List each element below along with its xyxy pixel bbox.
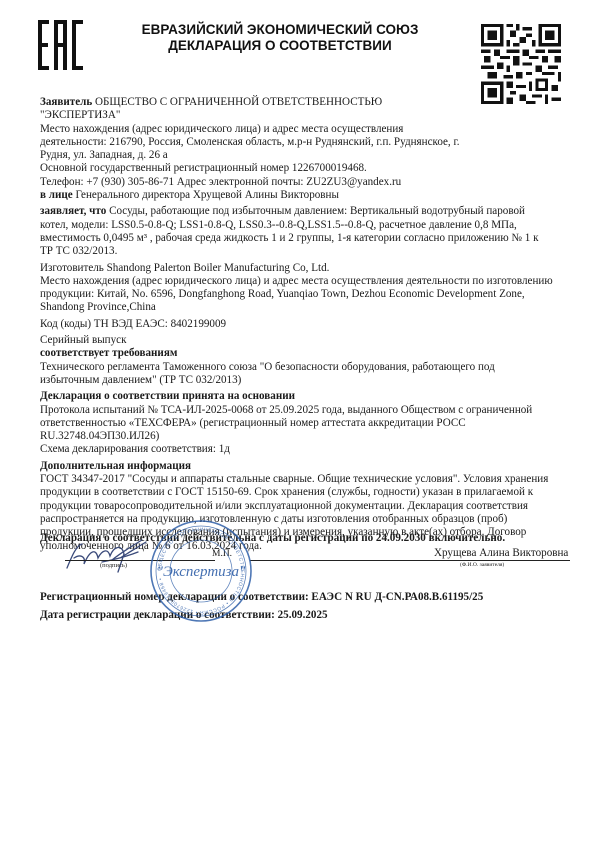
additional-line2: продукции в соответствии с ГОСТ 15150-69…: [40, 486, 570, 499]
fio-line: [250, 560, 570, 561]
signature-line: [65, 560, 215, 561]
declares-line1: заявляет, что Сосуды, работающие под изб…: [40, 205, 570, 218]
applicant-representative: в лице Генерального директора Хрущевой А…: [40, 189, 570, 202]
declares-line4: ТР ТС 032/2013.: [40, 245, 570, 258]
applicant-contacts: Телефон: +7 (930) 305-86-71 Адрес электр…: [40, 176, 570, 189]
declares-line3: вместимость 0,0495 м³ , рабочая среда жи…: [40, 232, 570, 245]
handwritten-signature-icon: [62, 536, 152, 576]
manufacturer-address-line2: продукции: Китай, No. 6596, Dongfanghong…: [40, 288, 570, 301]
applicant-fio: Хрущева Алина Викторовна: [434, 547, 568, 559]
header-title-line2: ДЕКЛАРАЦИЯ О СООТВЕТСТВИИ: [100, 38, 460, 54]
applicant-name-line2: "ЭКСПЕРТИЗА": [40, 109, 570, 122]
applicant-name-line1: Заявитель ОБЩЕСТВО С ОГРАНИЧЕННОЙ ОТВЕТС…: [40, 96, 570, 109]
applicant-label: Заявитель: [40, 96, 92, 108]
applicant-address-line2: деятельности: 216790, Россия, Смоленская…: [40, 136, 570, 149]
compliance-line2: избыточным давлением" (ТР ТС 032/2013): [40, 374, 570, 387]
signature-block: Декларация о соответствии действительна …: [40, 532, 580, 592]
registration-date: Дата регистрации декларации о соответств…: [40, 606, 483, 624]
applicant-address-line3: Рудня, ул. Западная, д. 26 а: [40, 149, 570, 162]
basis-label: Декларация о соответствии принята на осн…: [40, 390, 570, 403]
applicant-ogrn: Основной государственный регистрационный…: [40, 162, 570, 175]
hs-code: Код (коды) ТН ВЭД ЕАЭС: 8402199009: [40, 318, 570, 331]
additional-line3: продукции товаросопроводительной и/или э…: [40, 500, 570, 513]
additional-info-label: Дополнительная информация: [40, 460, 570, 473]
signature-caption: (подпись): [100, 562, 127, 569]
additional-line1: ГОСТ 34347-2017 "Сосуды и аппараты сталь…: [40, 473, 570, 486]
qr-code-icon[interactable]: [481, 24, 561, 104]
registration-block: Регистрационный номер декларации о соотв…: [40, 588, 483, 624]
applicant-address-line1: Место нахождения (адрес юридического лиц…: [40, 123, 570, 136]
additional-line4: распространяется на продукцию, изготовле…: [40, 513, 570, 526]
declaration-scheme: Схема декларирования соответствия: 1д: [40, 443, 570, 456]
stamp-place-label: М.П.: [212, 549, 232, 559]
registration-number: Регистрационный номер декларации о соотв…: [40, 588, 483, 606]
compliance-label: соответствует требованиям: [40, 347, 570, 360]
basis-line3: RU.32748.04ЭП30.ИЛ26): [40, 430, 570, 443]
declaration-body: Заявитель ОБЩЕСТВО С ОГРАНИЧЕННОЙ ОТВЕТС…: [40, 96, 570, 553]
manufacturer-line: Изготовитель Shandong Palerton Boiler Ma…: [40, 262, 570, 275]
eac-logo-icon: [38, 20, 84, 70]
compliance-line1: Технического регламента Таможенного союз…: [40, 361, 570, 374]
declares-label: заявляет, что: [40, 205, 106, 217]
production-type: Серийный выпуск: [40, 334, 570, 347]
document-header: ЕВРАЗИЙСКИЙ ЭКОНОМИЧЕСКИЙ СОЮЗ ДЕКЛАРАЦИ…: [100, 22, 460, 54]
declares-line2: котел, модели: LSS0.5-0.8-Q; LSS1-0.8-Q,…: [40, 219, 570, 232]
basis-line1: Протокола испытаний № ТСА-ИЛ-2025-0068 о…: [40, 404, 570, 417]
manufacturer-address-line3: Shandong Province,China: [40, 301, 570, 314]
fio-caption: (Ф.И.О. заявителя): [460, 562, 504, 568]
basis-line2: ответственностью «ТЕХСФЕРА» (регистрацио…: [40, 417, 570, 430]
header-title-line1: ЕВРАЗИЙСКИЙ ЭКОНОМИЧЕСКИЙ СОЮЗ: [100, 22, 460, 38]
manufacturer-address-line1: Место нахождения (адрес юридического лиц…: [40, 275, 570, 288]
